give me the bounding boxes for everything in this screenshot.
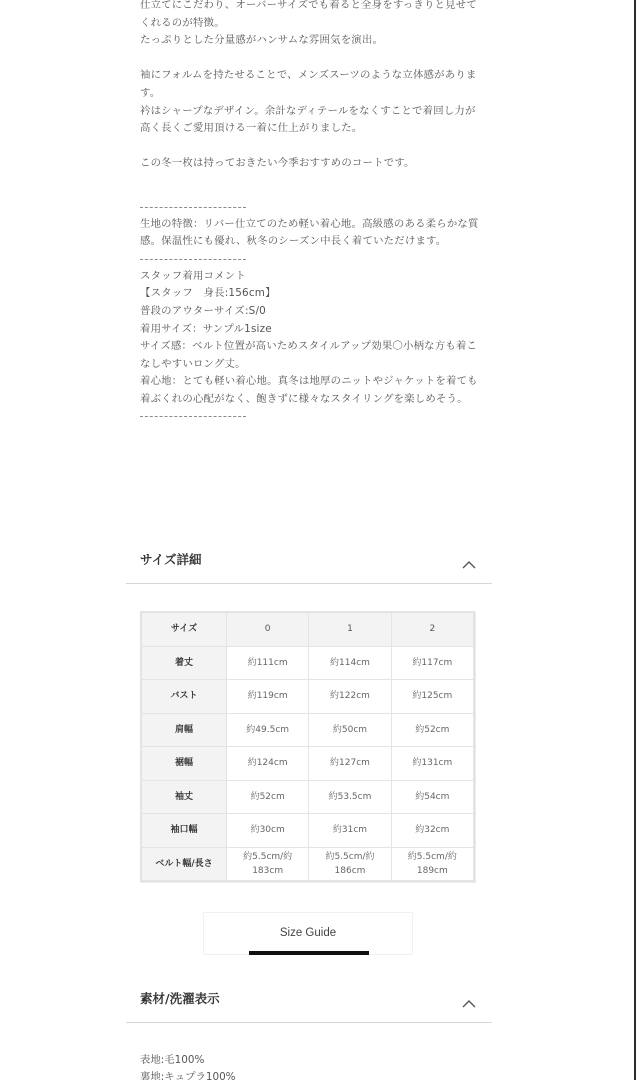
- table-cell: 約53.5cm: [309, 780, 391, 814]
- size-header-0: 0: [227, 613, 309, 647]
- table-cell: 約31cm: [309, 814, 391, 848]
- table-cell: 約30cm: [227, 814, 309, 848]
- size-table-header-row: サイズ 0 1 2: [142, 613, 474, 647]
- staff-worn-size: 着用サイズ：サンプル1size: [140, 321, 480, 339]
- table-row: 袖口幅 約30cm 約31cm 約32cm: [142, 814, 474, 848]
- table-row: 着丈 約111cm 約114cm 約117cm: [142, 646, 474, 680]
- table-cell: 約50cm: [309, 713, 391, 747]
- table-cell: 約114cm: [309, 646, 391, 680]
- staff-fit: サイズ感：ベルト位置が高いためスタイルアップ効果〇小柄な方も着こなしやすいロング…: [140, 338, 480, 373]
- table-cell: 約54cm: [391, 780, 473, 814]
- row-label: 袖口幅: [142, 814, 227, 848]
- material-section-title: 素材/洗濯表示: [140, 989, 220, 1007]
- table-cell: 約52cm: [227, 780, 309, 814]
- staff-comment-title: スタッフ着用コメント: [140, 268, 480, 286]
- size-header-2: 2: [391, 613, 473, 647]
- table-cell: 約5.5cm/約189cm: [391, 847, 473, 881]
- table-cell: 約49.5cm: [227, 713, 309, 747]
- description-paragraph-2: 袖にフォルムを持たせることで、メンズスーツのような立体感があります。 衿はシャー…: [140, 67, 480, 137]
- table-cell: 約32cm: [391, 814, 473, 848]
- table-cell: 約125cm: [391, 680, 473, 714]
- table-cell: 約127cm: [309, 747, 391, 781]
- table-cell: 約5.5cm/約183cm: [227, 847, 309, 881]
- table-row: 裾幅 約124cm 約127cm 約131cm: [142, 747, 474, 781]
- size-section-title: サイズ詳細: [140, 550, 202, 568]
- table-row: 袖丈 約52cm 約53.5cm 約54cm: [142, 780, 474, 814]
- table-cell: 約5.5cm/約186cm: [309, 847, 391, 881]
- table-cell: 約111cm: [227, 646, 309, 680]
- size-guide-label: Size Guide: [204, 913, 412, 939]
- table-row: 肩幅 約49.5cm 約50cm 約52cm: [142, 713, 474, 747]
- dashed-divider: [140, 207, 246, 208]
- row-label: 袖丈: [142, 780, 227, 814]
- table-cell: 約117cm: [391, 646, 473, 680]
- product-description: 仕立てにこだわり、オーバーサイズでも着ると全身をすっきりと見せてくれるのが特徴。…: [140, 0, 480, 425]
- staff-info: 【スタッフ 身長:156cm】: [140, 285, 480, 303]
- material-content: 表地:毛100% 裏地:キュプラ100%: [140, 1052, 236, 1080]
- dashed-divider: [140, 259, 246, 260]
- size-table-container: サイズ 0 1 2 着丈 約111cm 約114cm 約117cm バスト 約1…: [140, 611, 475, 882]
- size-header-label: サイズ: [142, 613, 227, 647]
- dashed-divider: [140, 416, 246, 417]
- size-table: サイズ 0 1 2 着丈 約111cm 約114cm 約117cm バスト 約1…: [141, 612, 474, 881]
- description-paragraph-3: この冬一枚は持っておきたい今季おすすめのコートです。: [140, 155, 480, 173]
- table-cell: 約122cm: [309, 680, 391, 714]
- chevron-up-icon[interactable]: [462, 560, 476, 570]
- staff-usual-size: 普段のアウターサイズ:S/0: [140, 303, 480, 321]
- product-detail-page: 仕立てにこだわり、オーバーサイズでも着ると全身をすっきりと見せてくれるのが特徴。…: [0, 0, 636, 1080]
- material-outer: 表地:毛100%: [140, 1052, 236, 1069]
- table-cell: 約124cm: [227, 747, 309, 781]
- row-label: 肩幅: [142, 713, 227, 747]
- material-section-header[interactable]: 素材/洗濯表示: [126, 979, 492, 1023]
- size-guide-button[interactable]: Size Guide: [203, 912, 413, 955]
- fabric-note: 生地の特徴：リバー仕立てのため軽い着心地。高級感のある柔らかな質感。保温性にも優…: [140, 216, 480, 251]
- material-lining: 裏地:キュプラ100%: [140, 1069, 236, 1080]
- staff-comfort: 着心地：とても軽い着心地。真冬は地厚のニットやジャケットを着ても着ぶくれの心配が…: [140, 373, 480, 408]
- table-cell: 約119cm: [227, 680, 309, 714]
- table-row: ベルト幅/長さ 約5.5cm/約183cm 約5.5cm/約186cm 約5.5…: [142, 847, 474, 881]
- table-cell: 約131cm: [391, 747, 473, 781]
- row-label: ベルト幅/長さ: [142, 847, 227, 881]
- row-label: 裾幅: [142, 747, 227, 781]
- row-label: 着丈: [142, 646, 227, 680]
- size-header-1: 1: [309, 613, 391, 647]
- chevron-up-icon[interactable]: [462, 999, 476, 1009]
- table-cell: 約52cm: [391, 713, 473, 747]
- description-paragraph-1: 仕立てにこだわり、オーバーサイズでも着ると全身をすっきりと見せてくれるのが特徴。…: [140, 0, 480, 50]
- size-section-header[interactable]: サイズ詳細: [126, 540, 492, 584]
- row-label: バスト: [142, 680, 227, 714]
- table-row: バスト 約119cm 約122cm 約125cm: [142, 680, 474, 714]
- size-guide-underline: [249, 951, 369, 955]
